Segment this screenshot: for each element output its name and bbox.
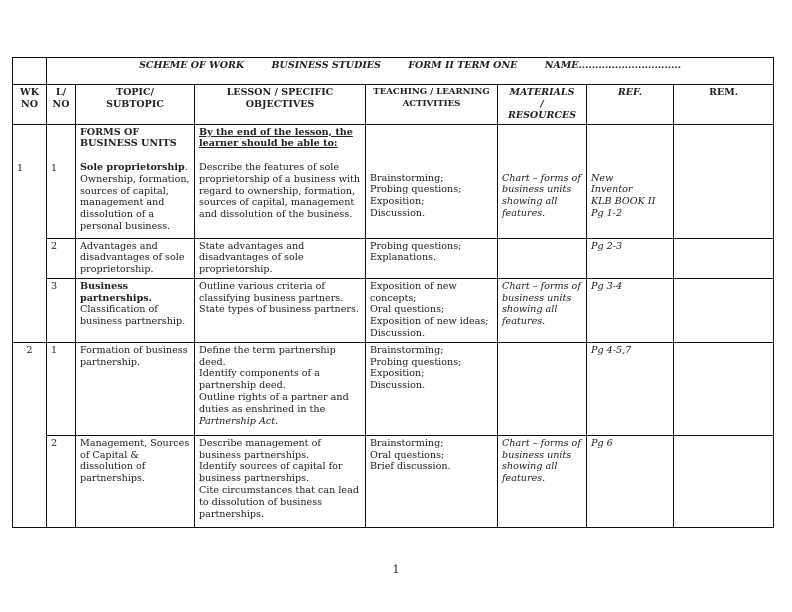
lesson-number: 3: [47, 278, 76, 342]
objectives-heading: By the end of the lesson, the learner sh…: [199, 127, 361, 151]
page-number: 1: [0, 563, 792, 576]
header-lno: L/NO: [47, 85, 76, 125]
header-row: WKNO L/NO TOPIC/SUBTOPIC LESSON / SPECIF…: [13, 85, 774, 125]
title-row: SCHEME OF WORK BUSINESS STUDIES FORM II …: [13, 58, 774, 85]
activities-cell: Probing questions;Explanations.: [366, 238, 498, 278]
title-name-field: NAME...............................: [545, 60, 681, 71]
materials-cell: [498, 342, 587, 435]
materials-cell: Chart – forms of business units showing …: [498, 435, 587, 527]
table-row: 3 Business partnerships. Classification …: [13, 278, 774, 342]
activities-cell: Brainstorming;Probing questions; Exposit…: [366, 342, 498, 435]
lesson-number: 2: [47, 238, 76, 278]
objective: Describe the features of sole proprietor…: [199, 162, 361, 221]
header-ref: REF.: [587, 85, 674, 125]
topic-description: Classification of business partnership.: [80, 304, 190, 328]
reference-cell: Pg 2-3: [587, 238, 674, 278]
materials-cell: [498, 238, 587, 278]
header-objectives: LESSON / SPECIFICOBJECTIVES: [195, 85, 366, 125]
topic-cell: FORMS OF BUSINESS UNITS Sole proprietors…: [76, 124, 195, 238]
activities-cell: Brainstorming;Oral questions; Brief disc…: [366, 435, 498, 527]
table-row: 2 1 Formation of business partnership. D…: [13, 342, 774, 435]
header-topic: TOPIC/SUBTOPIC: [76, 85, 195, 125]
remarks-cell: [674, 435, 774, 527]
document-title: SCHEME OF WORK BUSINESS STUDIES FORM II …: [47, 58, 774, 85]
objectives-cell: Define the term partnership deed.Identif…: [195, 342, 366, 435]
objectives-cell: Outline various criteria of classifying …: [195, 278, 366, 342]
topic-cell: Formation of business partnership.: [76, 342, 195, 435]
topic-description: Ownership, formation, sources of capital…: [80, 174, 190, 233]
topic-heading: FORMS OF BUSINESS UNITS: [80, 127, 190, 151]
reference-cell: NewInventor KLB BOOK IIPg 1-2: [587, 124, 674, 238]
objectives-cell: By the end of the lesson, the learner sh…: [195, 124, 366, 238]
header-wk: WKNO: [13, 85, 47, 125]
remarks-cell: [674, 238, 774, 278]
reference-cell: Pg 4-5,7: [587, 342, 674, 435]
act-reference: Partnership Act.: [199, 416, 361, 428]
topic-cell: Management, Sources of Capital & dissolu…: [76, 435, 195, 527]
title-blank-cell: [13, 58, 47, 85]
title-form-term: FORM II TERM ONE: [408, 60, 517, 71]
topic-subtopic: Business partnerships.: [80, 281, 190, 305]
header-materials: MATERIALS/RESOURCES: [498, 85, 587, 125]
remarks-cell: [674, 124, 774, 238]
title-scheme: SCHEME OF WORK: [139, 60, 244, 71]
lesson-number: 1: [47, 342, 76, 435]
materials-cell: Chart – forms of business units showing …: [498, 124, 587, 238]
table-row: 2 Advantages and disadvantages of sole p…: [13, 238, 774, 278]
objectives-cell: State advantages and disadvantages of so…: [195, 238, 366, 278]
table-row: 1 1 FORMS OF BUSINESS UNITS Sole proprie…: [13, 124, 774, 238]
remarks-cell: [674, 278, 774, 342]
week-number: 1: [13, 124, 47, 342]
reference-cell: Pg 3-4: [587, 278, 674, 342]
topic-subtopic: Sole proprietorship: [80, 162, 185, 173]
topic-cell: Advantages and disadvantages of sole pro…: [76, 238, 195, 278]
header-activities: TEACHING / LEARNINGACTIVITIES: [366, 85, 498, 125]
week-number: 2: [13, 342, 47, 527]
reference-cell: Pg 6: [587, 435, 674, 527]
activities-cell: Brainstorming;Probing questions; Exposit…: [366, 124, 498, 238]
title-subject: BUSINESS STUDIES: [272, 60, 381, 71]
header-rem: REM.: [674, 85, 774, 125]
activities-cell: Exposition of new concepts;Oral question…: [366, 278, 498, 342]
lesson-number: 2: [47, 435, 76, 527]
materials-cell: Chart – forms of business units showing …: [498, 278, 587, 342]
topic-cell: Business partnerships. Classification of…: [76, 278, 195, 342]
table-row: 2 Management, Sources of Capital & disso…: [13, 435, 774, 527]
objectives-cell: Describe management of business partners…: [195, 435, 366, 527]
lesson-number: 1: [47, 124, 76, 238]
remarks-cell: [674, 342, 774, 435]
scheme-of-work-table: SCHEME OF WORK BUSINESS STUDIES FORM II …: [12, 57, 774, 528]
